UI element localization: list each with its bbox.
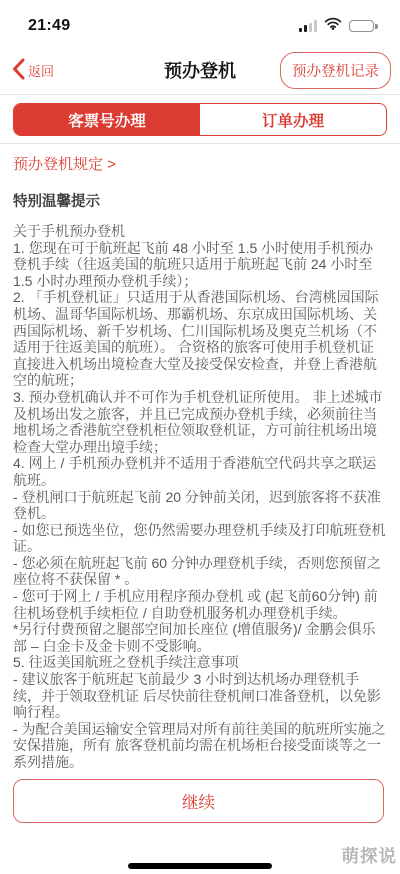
watermark-text: 萌探说 xyxy=(342,843,398,868)
checkin-screen: 21:49 xyxy=(0,0,400,874)
notice-paragraph: - 为配合美国运输安全管理局对所有前往美国的航班所实施之安保措施，所有 旅客登机… xyxy=(13,721,386,771)
notice-paragraph: 2. 「手机登机证」只适用于从香港国际机场、台湾桃园国际机场、温哥华国际机场、那… xyxy=(13,289,386,389)
status-bar: 21:49 xyxy=(0,0,400,40)
chevron-left-icon xyxy=(12,58,25,83)
back-button[interactable]: 返回 xyxy=(12,46,54,94)
checkin-record-button[interactable]: 预办登机记录 xyxy=(280,52,391,89)
notice-paragraph: 3. 预办登机确认并不可作为手机登机证所使用。 非上述城市及机场出发之旅客，并且… xyxy=(13,389,386,455)
checkin-mode-tabs: 客票号办理 订单办理 xyxy=(13,103,387,136)
notice-paragraph: - 您可于网上 / 手机应用程序预办登机 或 (起飞前60分钟) 前往机场登机手… xyxy=(13,588,386,621)
checkin-rules-link[interactable]: 预办登机规定 > xyxy=(13,153,116,174)
notice-paragraph: - 登机闸口于航班起飞前 20 分钟前关闭，迟到旅客将不获准登机。 xyxy=(13,489,386,522)
notice-body: 关于手机预办登机 1. 您现在可于航班起飞前 48 小时至 1.5 小时使用手机… xyxy=(13,223,386,771)
cellular-signal-icon xyxy=(299,20,317,32)
back-button-label: 返回 xyxy=(28,61,54,80)
notice-paragraph: - 您必须在航班起飞前 60 分钟办理登机手续，否则您预留之座位将不获保留 * … xyxy=(13,555,386,588)
notice-paragraph: 5. 往返美国航班之登机手续注意事项 xyxy=(13,654,386,671)
continue-button[interactable]: 继续 xyxy=(13,779,384,823)
home-indicator[interactable] xyxy=(128,863,272,869)
header-divider xyxy=(0,94,400,95)
notice-paragraph: 关于手机预办登机 xyxy=(13,223,386,240)
tab-ticket-number[interactable]: 客票号办理 xyxy=(14,104,200,135)
notice-paragraph: *另行付费预留之腿部空间加长座位 (增值服务)/ 金鹏会俱乐部 – 白金卡及金卡… xyxy=(13,621,386,654)
battery-icon xyxy=(349,20,374,33)
notice-paragraph: 1. 您现在可于航班起飞前 48 小时至 1.5 小时使用手机预办登机手续（往返… xyxy=(13,240,386,290)
tab-order[interactable]: 订单办理 xyxy=(200,104,386,135)
notice-title: 特别温馨提示 xyxy=(13,190,386,211)
status-icons xyxy=(299,17,374,35)
notice-paragraph: - 建议旅客于航班起飞前最少 3 小时到达机场办理登机手续，并于领取登机证 后尽… xyxy=(13,671,386,721)
navigation-header: 返回 预办登机 预办登机记录 xyxy=(0,46,400,94)
notice-paragraph: - 如您已预选坐位，您仍然需要办理登机手续及打印航班登机证。 xyxy=(13,522,386,555)
wifi-icon xyxy=(324,17,342,35)
notice-paragraph: 4. 网上 / 手机预办登机并不适用于香港航空代码共享之联运航班。 xyxy=(13,455,386,488)
notice-content: 预办登机规定 > 特别温馨提示 关于手机预办登机 1. 您现在可于航班起飞前 4… xyxy=(0,144,400,771)
status-time: 21:49 xyxy=(28,17,70,35)
